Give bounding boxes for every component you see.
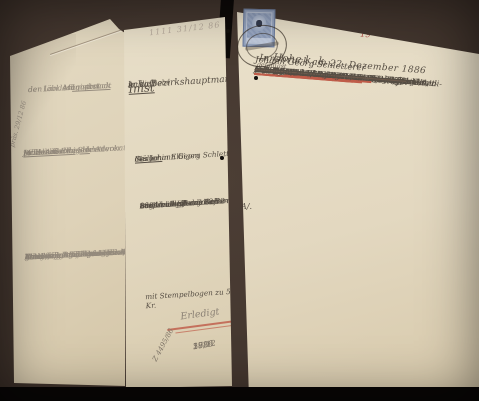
punch-hole	[254, 76, 258, 80]
diagonal-registry-note: Z 4495/86	[151, 327, 175, 363]
handwritten-line: in Innsbruck	[23, 143, 72, 161]
middle-page-content: 1111 31/12 86 An die hohek. k. Bezirksha…	[124, 10, 230, 16]
archival-photo-canvas: präs. 29/12 86 Anden löbl. Magistratder …	[0, 0, 479, 401]
letter-content: Hohe k. k. Bezirkshauptmannschaft! Es wu…	[256, 50, 467, 67]
punch-hole	[226, 29, 230, 33]
red-folio-number: 19	[360, 30, 371, 41]
handwritten-line: 1886	[192, 338, 214, 353]
address-to-authority: An die hohek. k. Bezirkshauptmann-schaft…	[128, 74, 232, 80]
bottom-black-strip	[0, 387, 479, 401]
file-number-note: 1111 31/12 86	[149, 20, 221, 37]
punch-hole	[220, 156, 224, 160]
handwritten-line: Bartl und Johann Scharmer	[139, 193, 241, 212]
left-body-block: Mit Bezug auf Ihre Ein-gabe vom 28. d. M…	[24, 244, 136, 250]
middle-page: 1111 31/12 86 An die hohek. k. Bezirksha…	[122, 16, 234, 388]
handwritten-line: Innsbruck	[28, 77, 111, 98]
request-block: um Abschrift des Commissi-onsprotokolles…	[139, 193, 241, 199]
subject-block: Gesuchdes Johann Georg SchlettererMüller…	[134, 147, 238, 153]
registry-numbers: 29/1257291886	[192, 332, 247, 341]
disposal-note: Erledigt	[180, 306, 220, 322]
right-page: 19 A/. Hohe k. k. Bezirkshauptmannschaft…	[232, 8, 479, 398]
left-page-content: Anden löbl. Magistratder Landeshauptstad…	[10, 8, 124, 14]
left-page: präs. 29/12 86 Anden löbl. Magistratder …	[6, 14, 126, 386]
handwritten-line: Imst	[128, 78, 155, 98]
enclosure-note: mit Stempelbogen zu 50 Kr.	[145, 286, 248, 310]
margin-mark: A/.	[241, 202, 252, 211]
handwritten-line: Müller in Elbigen	[134, 150, 199, 166]
handwritten-line: Bartl u. Joh. Scharmer in Elbig	[24, 243, 142, 265]
